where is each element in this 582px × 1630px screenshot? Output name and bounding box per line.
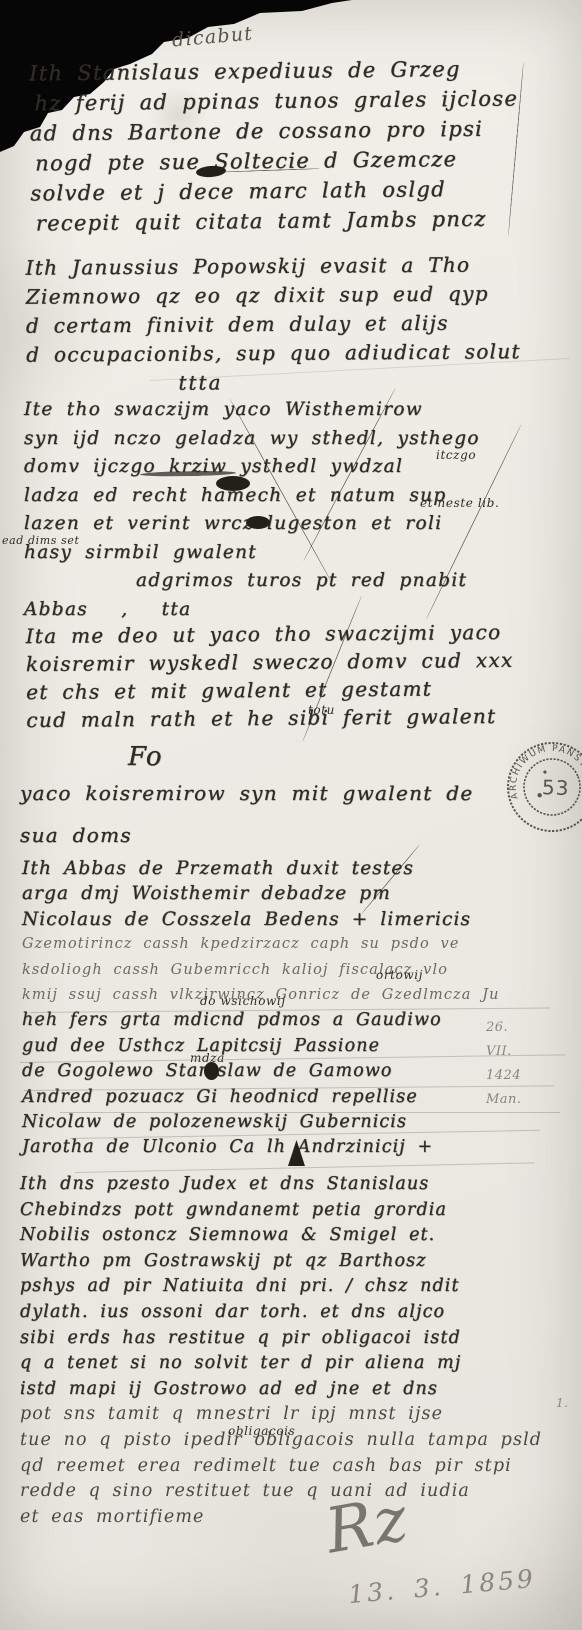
stamp-number: 53 — [542, 775, 570, 800]
text-line: istd mapi ij Gostrowo ad ed jne et dns — [20, 1377, 542, 1403]
text-line: Ith Abbas de Przemath duxit testes — [22, 856, 500, 881]
text-line: sibi erds has restitue q pir obligacoi i… — [20, 1326, 542, 1352]
text-line: Nicolaus de Cosszela Bedens + limericis — [22, 907, 500, 932]
ink-blot — [216, 476, 250, 491]
paragraph-5: yaco koisremirow syn mit gwalent desua d… — [20, 772, 474, 856]
margin-tick: 1. — [556, 1396, 569, 1410]
text-line: Jarotha de Ulconio Ca lh Andrzinicij + — [22, 1135, 500, 1160]
text-line: koisremir wyskedl sweczo domv cud xxx — [26, 646, 514, 678]
manuscript-scan: dicabut Ith Stanislaus expediuus de Grze… — [0, 0, 582, 1630]
interlinear-insertion: obligacois — [228, 1424, 295, 1438]
rule-line — [60, 1112, 560, 1113]
margin-date-note: 26.VII.1424Man. — [486, 1016, 522, 1112]
text-line: q a tenet si no solvit ter d pir aliena … — [20, 1351, 542, 1377]
text-line: de Gogolewo Stanislaw de Gamowo — [22, 1059, 500, 1084]
text-line: et chs et mit gwalent et gestamt — [26, 674, 514, 706]
text-line: Ziemnowo qz eo qz dixit sup eud qyp — [26, 279, 521, 311]
text-line: sua doms — [20, 814, 474, 856]
text-line: Wartho pm Gostrawskij pt qz Barthosz — [20, 1249, 542, 1275]
text-line: redde q sino restituet tue q uani ad iud… — [20, 1479, 542, 1505]
text-line: nogd pte sue Soltecie d Gzemcze — [35, 143, 519, 178]
text-line: 1424 — [486, 1064, 522, 1088]
text-line: dylath. ius ossoni dar torh. et dns aljc… — [20, 1300, 542, 1326]
text-line: ksdoliogh cassh Gubemricch kalioj fiscal… — [22, 958, 500, 983]
text-line: Man. — [486, 1088, 522, 1112]
interlinear-insertion: do wsichowij — [200, 994, 286, 1008]
interlinear-insertion: et neste lib. — [420, 496, 499, 510]
paragraph-3: Ite tho swaczijm yaco Wisthemirowsyn ijd… — [24, 396, 480, 624]
stamp-dot — [543, 770, 547, 774]
ink-blot — [246, 516, 270, 529]
text-line: qd reemet erea redimelt tue cash bas pir… — [20, 1454, 542, 1480]
text-line: et eas mortifieme — [20, 1505, 542, 1531]
interlinear-insertion: itczgo — [436, 448, 476, 462]
paragraph-4: Ita me deo ut yaco tho swaczijmi yacokoi… — [26, 618, 515, 734]
interlinear-insertion: ortowij — [376, 968, 423, 982]
text-line: Ita me deo ut yaco tho swaczijmi yaco — [26, 618, 514, 650]
text-line: ttta — [178, 366, 521, 397]
text-line: hasy sirmbil gwalent — [24, 539, 480, 568]
text-line: Nobilis ostoncz Siemnowa & Smigel et. — [20, 1223, 542, 1249]
text-line: Ite tho swaczijm yaco Wisthemirow — [24, 396, 480, 425]
paragraph-7: Ith dns pzesto Judex et dns StanislausCh… — [20, 1172, 542, 1530]
text-line: pshys ad pir Natiuita dni pri. / chsz nd… — [20, 1274, 542, 1300]
signature-flourish: Rz — [320, 1481, 413, 1567]
text-line: cud maln rath et he sibi ferit gwalent — [26, 702, 514, 734]
text-line: recepit quit citata tamt Jambs pncz — [36, 203, 520, 238]
text-line: ladza ed recht hamech et natum sup — [24, 482, 480, 511]
center-mark: Fo — [128, 742, 163, 772]
text-line: Chebindzs pott gwndanemt petia grordia — [20, 1198, 542, 1224]
text-line: yaco koisremirow syn mit gwalent de — [20, 772, 474, 814]
interlinear-insertion: ead dims set — [2, 534, 80, 547]
text-line: d certam finivit dem dulay et alijs — [26, 308, 521, 340]
text-line: 26. — [486, 1016, 522, 1040]
text-line: adgrimos turos pt red pnabit — [136, 567, 480, 596]
paragraph-1: Ith Stanislaus expediuus de Grzeghz feri… — [29, 53, 519, 238]
ink-blot — [204, 1062, 219, 1080]
text-line: VII. — [486, 1040, 522, 1064]
text-line: Gzemotirincz cassh kpedzirzacz caph su p… — [22, 932, 500, 957]
text-line: arga dmj Woisthemir debadze pm — [22, 881, 500, 906]
paragraph-2: Ith Janussius Popowskij evasit a ThoZiem… — [25, 250, 521, 398]
text-line: domv ijczgo krziw ysthedl ywdzal — [24, 453, 480, 482]
text-line: Ith dns pzesto Judex et dns Stanislaus — [20, 1172, 542, 1198]
text-line: Ith Janussius Popowskij evasit a Tho — [25, 250, 520, 282]
